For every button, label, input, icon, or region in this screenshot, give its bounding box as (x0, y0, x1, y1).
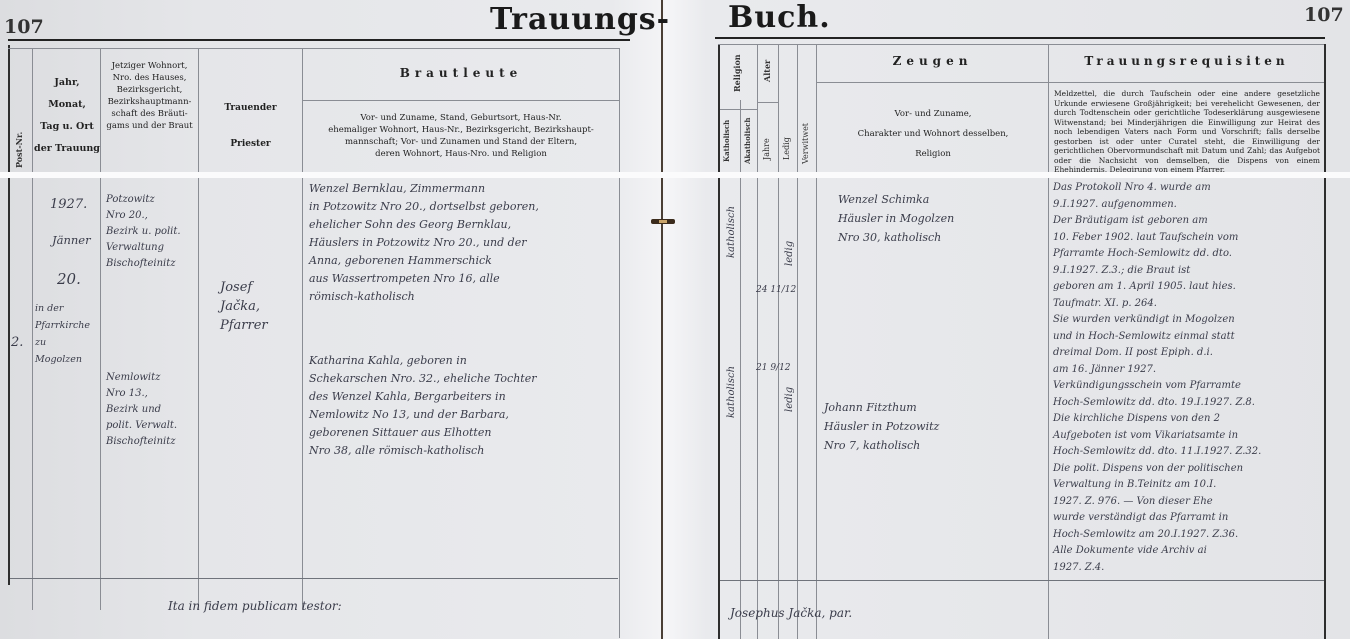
priest-header: Trauender Priester (199, 90, 302, 162)
brautleute-sub-line (303, 100, 619, 101)
left-title: Trauungs- (490, 2, 670, 37)
right-left-border (718, 44, 720, 639)
bride-details: Katharina Kahla, geboren in Schekarschen… (309, 352, 536, 460)
groom-status: ledig (782, 241, 798, 266)
header-top-line (8, 48, 620, 49)
religion-header: Religion (732, 54, 742, 92)
groom-residence: Potzowitz Nro 20., Bezirk u. polit. Verw… (106, 192, 181, 272)
groom-age: 24 11/12 (756, 282, 796, 298)
col-divider (100, 48, 101, 610)
zeugen-subheader: Vor- und Zuname, Charakter und Wohnort d… (820, 104, 1046, 164)
witness-1: Wenzel Schimka Häusler in Mogolzen Nro 3… (838, 190, 954, 247)
entry-year: 1927. (50, 195, 87, 214)
jahre-header: Jahre (762, 138, 771, 160)
alter-sub-line (758, 102, 778, 103)
zeugen-sub-line (817, 82, 1048, 83)
post-nr-header: Post-Nr. (14, 132, 24, 168)
entry-place: in der Pfarrkirche zu Mogolzen (35, 300, 90, 368)
date-place-header: Jahr, Monat, Tag u. Ort der Trauung (34, 72, 100, 160)
bride-residence: Nemlowitz Nro 13., Bezirk und polit. Ver… (106, 370, 177, 450)
witness-2: Johann Fitzthum Häusler in Potzowitz Nro… (824, 398, 939, 455)
right-title: Buch. (728, 0, 831, 35)
col-divider (816, 44, 817, 639)
bride-age: 21 9/12 (756, 360, 791, 376)
left-top-rule (8, 39, 630, 41)
col-divider (740, 100, 741, 639)
book-spine (661, 0, 663, 639)
entry-day: 20. (57, 270, 81, 289)
right-page-number: 107 (1304, 4, 1344, 26)
residence-header: Jetziger Wohnort, Nro. des Hauses, Bezir… (101, 60, 198, 132)
col-divider (1048, 44, 1049, 639)
akatholisch-header: Akatholisch (743, 118, 752, 164)
groom-details: Wenzel Bernklau, Zimmermann in Potzowitz… (309, 180, 539, 306)
officiating-priest: Josef Jačka, Pfarrer (220, 278, 268, 335)
left-page-number: 107 (4, 16, 44, 38)
scan-seam (0, 172, 1350, 178)
ledig-header: Ledig (782, 137, 791, 160)
left-border (8, 45, 10, 585)
col-divider (797, 44, 798, 639)
groom-religion: katholisch (724, 206, 740, 258)
requisites-header: Trauungsrequisiten (1049, 54, 1324, 68)
col-divider (778, 44, 779, 639)
right-top-rule (715, 37, 1325, 39)
brautleute-subheader: Vor- und Zuname, Stand, Geburtsort, Haus… (306, 112, 616, 160)
col-divider (757, 44, 758, 639)
requisites-subheader: Meldzettel, die durch Taufschein oder ei… (1054, 89, 1320, 175)
col-divider (619, 48, 620, 638)
entry-bottom-line (10, 578, 618, 579)
attestation-note: Ita in fidem publicam testor: (168, 598, 342, 614)
entry-bottom-line (720, 580, 1324, 581)
brautleute-header: Brautleute (303, 66, 619, 80)
marriage-requisites: Das Protokoll Nro 4. wurde am 9.I.1927. … (1053, 180, 1261, 576)
col-divider (302, 48, 303, 610)
col-divider (32, 48, 33, 610)
right-border (1324, 44, 1326, 639)
religion-sub-line (720, 109, 758, 110)
alter-header: Alter (762, 60, 772, 82)
verwitwet-header: Verwitwet (801, 123, 810, 164)
bride-status: ledig (782, 387, 798, 412)
bride-religion: katholisch (724, 366, 740, 418)
requisites-sub-line (1049, 82, 1324, 83)
katholisch-header: Katholisch (722, 120, 731, 162)
binding-stitch (651, 219, 675, 224)
header-top-line (718, 44, 1324, 45)
priest-signature: Josephus Jačka, par. (730, 605, 852, 621)
entry-post-nr: 2. (11, 333, 23, 352)
zeugen-header: Zeugen (817, 54, 1048, 68)
entry-month: Jänner (52, 232, 91, 248)
